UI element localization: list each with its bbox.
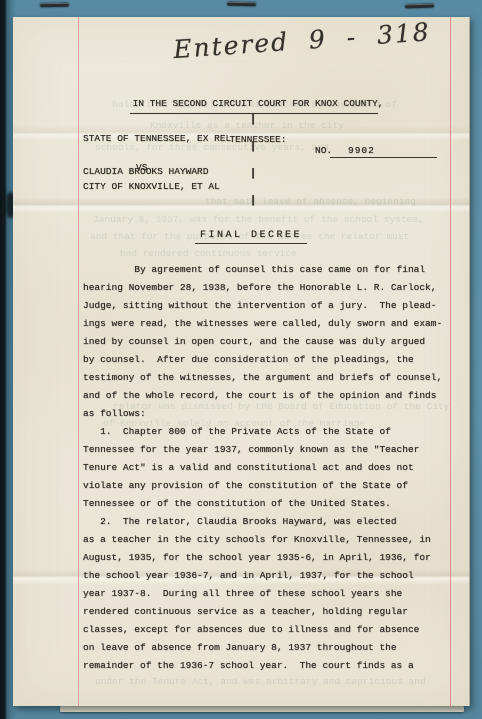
decree-body-line: 2. The relator, Claudia Brooks Hayward, … (83, 513, 445, 531)
caption-separator-glyph: | (249, 134, 257, 161)
decree-body-line: 1. Chapter 800 of the Private Acts of th… (83, 423, 445, 441)
case-number-label: NO. (315, 145, 332, 156)
plaintiff-line: STATE OF TENNESSEE, EX REL (83, 133, 231, 144)
defendant-caption: CITY OF KNOXVILLE, ET AL (83, 181, 220, 192)
document-title-wrap: FINAL DECREE (163, 224, 339, 244)
bleedthrough-line: had rendered continuous service (120, 248, 297, 259)
decree-body-line: Tennessee for the year 1937, commonly kn… (83, 441, 445, 459)
decree-body-line: violate any provision of the constitutio… (83, 477, 445, 495)
caption-separator-glyph: | (249, 188, 257, 215)
decree-body-line: and of the whole record, the court is of… (83, 387, 445, 405)
decree-body-line: year 1937-8. During all three of these s… (83, 585, 445, 603)
caption-separator-glyph: | (249, 107, 257, 134)
court-heading-line1: IN THE SECOND CIRCUIT COURT FOR KNOX COU… (73, 98, 443, 110)
decree-body-line: as follows: (83, 405, 445, 423)
staple-icon (405, 3, 434, 8)
caption-separator-glyph: | (249, 161, 257, 188)
decree-body-line: remainder of the 1936-7 school year. The… (83, 657, 445, 675)
underlying-sheet-edge (60, 706, 464, 712)
decree-body-line: Tennessee or of the constitution of the … (83, 495, 445, 513)
decree-body-line: By agreement of counsel this case came o… (83, 261, 445, 279)
right-margin-rule (450, 17, 451, 706)
decree-body-line: ings were read, the witnesses were calle… (83, 315, 445, 333)
staple-icon (227, 2, 256, 7)
document-title: FINAL DECREE (195, 230, 307, 244)
decree-body-line: Tenure Act" is a valid and constitutiona… (83, 459, 445, 477)
case-number-underline (330, 157, 437, 158)
decree-body-line: by counsel. After due consideration of t… (83, 351, 445, 369)
decree-body-line: as a teacher in the city schools for Kno… (83, 531, 445, 549)
decree-body-line: classes, except for absences due to illn… (83, 621, 445, 639)
paper-page: holds that the relator was elected by th… (13, 17, 470, 706)
decree-body-line: Judge, sitting without the intervention … (83, 297, 445, 315)
decree-body-line: hearing November 28, 1938, before the Ho… (83, 279, 445, 297)
court-document-scan: holds that the relator was elected by th… (0, 0, 482, 719)
plaintiff-line: CLAUDIA BROOKS HAYWARD (83, 166, 231, 177)
decree-body-line: the school year 1936-7, and in April, 19… (83, 567, 445, 585)
staple-icon (40, 3, 69, 8)
handwritten-entry-note: Entered 9 - 318 (172, 15, 463, 64)
case-number-value: 9902 (348, 145, 375, 156)
decree-body-line: testimony of the witnesses, the argument… (83, 369, 445, 387)
caption-separator-marks: |||| (249, 107, 257, 215)
decree-body-line: August, 1935, for the school year 1935-6… (83, 549, 445, 567)
bleedthrough-line: under the Tenure Act, and was arbitrary … (95, 676, 426, 687)
decree-body: By agreement of counsel this case came o… (83, 261, 445, 675)
decree-body-line: rendered continuous service as a teacher… (83, 603, 445, 621)
bleedthrough-line: that said leave of absence, beginning (205, 196, 416, 207)
decree-body-line: on leave of absence from January 8, 1937… (83, 639, 445, 657)
versus-label: VS. (136, 162, 153, 173)
decree-body-line: ined by counsel in open court, and the c… (83, 333, 445, 351)
